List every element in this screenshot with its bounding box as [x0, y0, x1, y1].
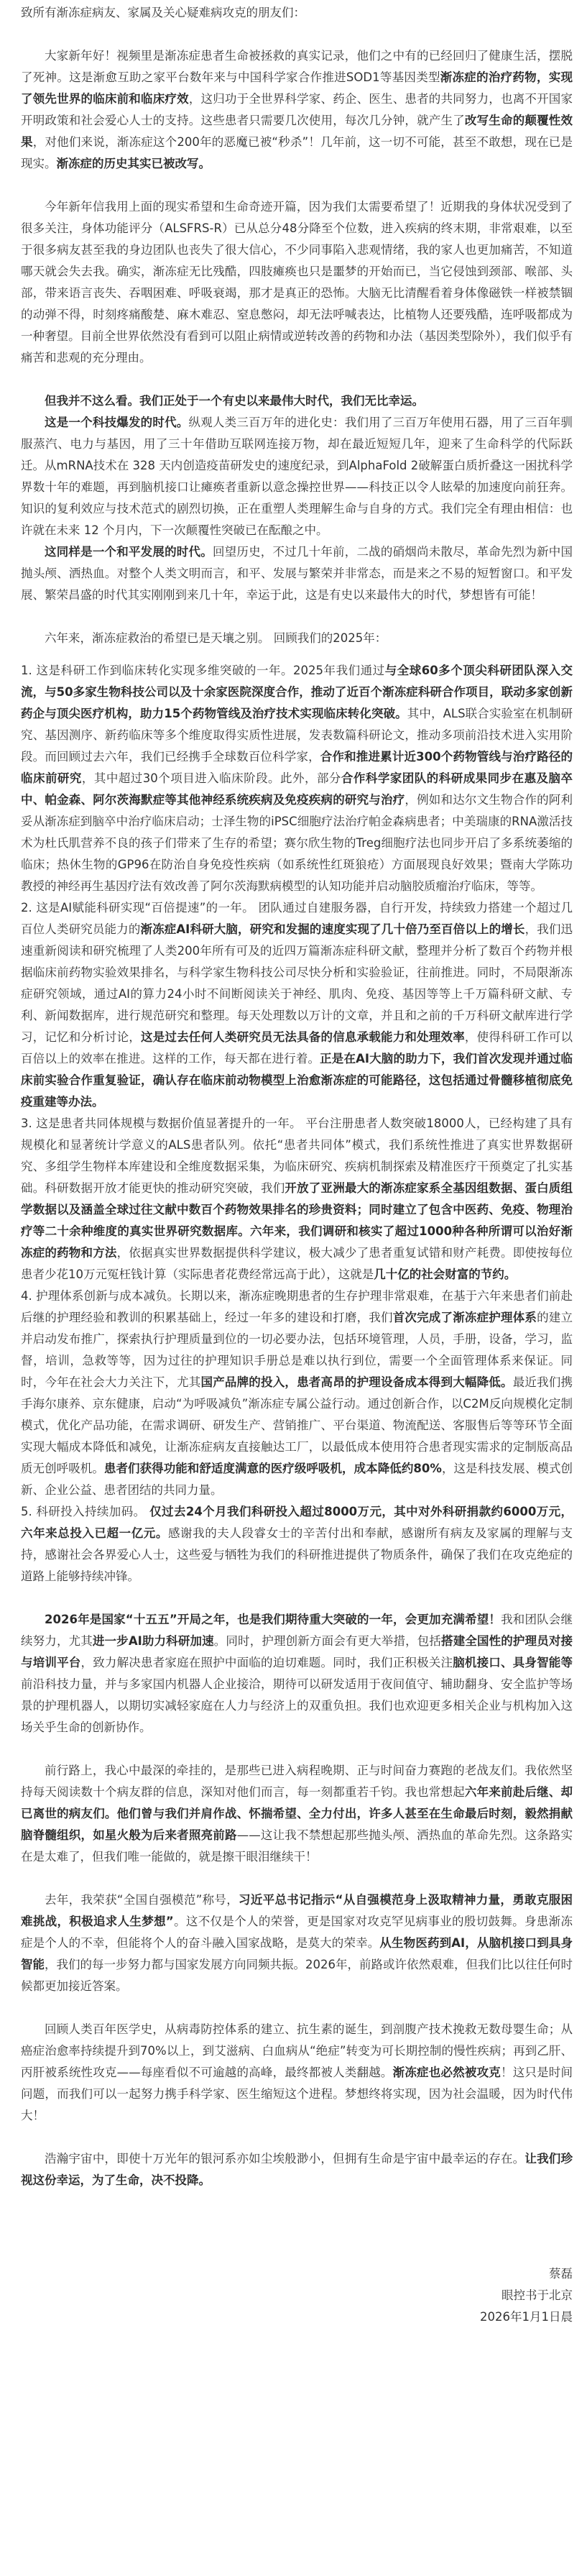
- signature-name: 蔡磊: [21, 2263, 573, 2285]
- review-item-3: 3. 这是患者共同体规模与数据价值显著提升的一年。 平台注册患者人数突破1800…: [21, 1113, 573, 1285]
- letter: 致所有渐冻症病友、家属及关心疑难病攻克的朋友们： 大家新年好！视频里是渐冻症患者…: [0, 0, 587, 2357]
- spacer: [21, 1868, 573, 1889]
- emphasis-text: 国产品牌的投入，患者高昂的护理设备成本得到大幅降低。: [201, 1375, 513, 1389]
- body-text: 今年新年信我用上面的现实希望和生命奇迹开篇，因为我们太需要希望了！近期我的身体状…: [21, 200, 573, 365]
- paragraph-review-intro: 六年来，渐冻症救治的希望已是天壤之别。 回顾我们的2025年：: [21, 628, 573, 649]
- emphasis-text: 这是过去任何人类研究员无法具备的信息承载能力和处理效率: [141, 1030, 465, 1044]
- review-item-5: 5. 科研投入持续加码。 仅过去24个月我们科研投入超过8000万元，其中对外科…: [21, 1501, 573, 1587]
- spacer: [21, 1997, 573, 2019]
- paragraph-2026-plans: 2026年是国家“十五五”开局之年，也是我们期待重大突破的一年，会更加充满希望！…: [21, 1609, 573, 1738]
- spacer: [21, 1587, 573, 1609]
- emphasis-text: 2026年是国家“十五五”开局之年，也是我们期待重大突破的一年，会更加充满希望！: [45, 1613, 501, 1626]
- body-text: 1. 这是科研工作到临床转化实现多维突破的一年。2025年我们通过: [21, 664, 385, 677]
- body-text: 浩瀚宇宙中，即使十万光年的银河系亦如尘埃般渺小，但拥有生命是宇宙中最幸运的存在。: [45, 2152, 524, 2165]
- paragraph-intro: 大家新年好！视频里是渐冻症患者生命被拯救的真实记录，他们之中有的已经回归了健康生…: [21, 45, 573, 175]
- paragraph-condition: 今年新年信我用上面的现实希望和生命奇迹开篇，因为我们太需要希望了！近期我的身体状…: [21, 196, 573, 369]
- signature-place: 眼控书于北京: [21, 2285, 573, 2306]
- review-item-4: 4. 护理体系创新与成本减负。长期以来，渐冻症晚期患者的生存护理非常艰难，在基于…: [21, 1285, 573, 1501]
- emphasis-text: 脑机接口、具身智能等: [453, 1656, 573, 1669]
- body-text: 最近我们携手海尔康养、京东健康，启动“为呼吸减负”渐冻症专属公益行动。通过创新合…: [21, 1375, 573, 1475]
- emphasis-text: 进一步AI助力科研加速: [93, 1634, 214, 1648]
- body-text: 六年来，渐冻症救治的希望已是天壤之别。 回顾我们的2025年：: [45, 631, 387, 645]
- emphasis-text: 但我并不这么看。我们正处于一个有史以来最伟大时代，我们无比幸运。: [45, 394, 424, 408]
- review-item-2: 2. 这是AI赋能科研实现“百倍提速”的一年。 团队通过自建服务器，自行开发，持…: [21, 897, 573, 1113]
- body-text: ，我们迅速重新阅读和研究梳理了人类200年所有可及的近四万篇渐冻症科研文献，整理…: [21, 922, 573, 1044]
- salutation: 致所有渐冻症病友、家属及关心疑难病攻克的朋友们：: [21, 2, 573, 24]
- spacer: [21, 606, 573, 628]
- emphasis-text: 渐冻症也必然被攻克: [393, 2066, 501, 2079]
- body-text: 。同时，护理创新方面会有更大举措，包括: [214, 1634, 441, 1648]
- paragraph-thesis: 但我并不这么看。我们正处于一个有史以来最伟大时代，我们无比幸运。: [21, 390, 573, 412]
- signature-block: 蔡磊 眼控书于北京 2026年1月1日晨: [21, 2263, 573, 2328]
- spacer: [21, 2127, 573, 2148]
- paragraph-tech-era: 这是一个科技爆发的时代。纵观人类三百万年的进化史：我们用了三百万年使用石器，用了…: [21, 412, 573, 541]
- emphasis-text: 几十亿的社会财富的节约。: [374, 1268, 516, 1281]
- paragraph-medical-history: 回顾人类百年医学史，从病毒防控体系的建立、抗生素的诞生，到剖腹产技术挽救无数母婴…: [21, 2019, 573, 2127]
- emphasis-text: 渐冻症AI科研大脑，研究和发掘的速度实现了几十倍乃至百倍以上的增长: [140, 922, 524, 936]
- body-text: ，致力解决患者家庭在照护中面临的迫切难题。同时，我们正积极关注: [81, 1656, 453, 1669]
- body-text: ，例如和达尔文生物合作的阿利妥从渐冻症到脑卒中治疗临床启动；士泽生物的iPSC细…: [21, 793, 573, 893]
- body-text: 去年，我荣获“全国自强模范”称号，: [45, 1893, 239, 1907]
- emphasis-text: 患者们获得功能和舒适度满意的医疗级呼吸机，成本降低约80%: [104, 1462, 442, 1475]
- spacer: [21, 369, 573, 390]
- emphasis-text: 渐冻症的历史其实已被改写。: [57, 157, 211, 170]
- body-text: ，其中超过30个项目进入临床阶段。此外，部分: [82, 771, 341, 785]
- paragraph-remembrance: 前行路上，我心中最深的牵挂的，是那些已进入病程晚期、正与时间奋力赛跑的老战友们。…: [21, 1760, 573, 1868]
- emphasis-text: 这是一个科技爆发的时代。: [45, 416, 189, 429]
- spacer: [21, 175, 573, 196]
- spacer: [21, 1738, 573, 1760]
- paragraph-peace-era: 这同样是一个和平发展的时代。回望历史，不过几十年前，二战的硝烟尚未散尽，革命先烈…: [21, 541, 573, 606]
- signature-date: 2026年1月1日晨: [21, 2306, 573, 2328]
- spacer: [21, 649, 573, 660]
- review-item-1: 1. 这是科研工作到临床转化实现多维突破的一年。2025年我们通过与全球60多个…: [21, 660, 573, 897]
- paragraph-closing: 浩瀚宇宙中，即使十万光年的银河系亦如尘埃般渺小，但拥有生命是宇宙中最幸运的存在。…: [21, 2148, 573, 2191]
- body-text: 5. 科研投入持续加码。: [21, 1505, 149, 1518]
- body-text: 前沿科技力量，并与多家国内机器人企业接洽，期待可以研发适用于夜间值守、辅助翻身、…: [21, 1677, 573, 1734]
- body-text: ，我们的每一步努力都与国家发展方向同频共振。2026年，前路或许依然艰难，但我们…: [21, 1958, 573, 1993]
- paragraph-honor: 去年，我荣获“全国自强模范”称号，习近平总书记指示“从自强模范身上汲取精神力量，…: [21, 1889, 573, 1997]
- emphasis-text: 首次完成了渐冻症护理体系: [393, 1311, 537, 1324]
- body-text: 纵观人类三百万年的进化史：我们用了三百万年使用石器，用了三百年驯服蒸汽、电力与基…: [21, 416, 573, 537]
- emphasis-text: 这同样是一个和平发展的时代。: [45, 545, 213, 559]
